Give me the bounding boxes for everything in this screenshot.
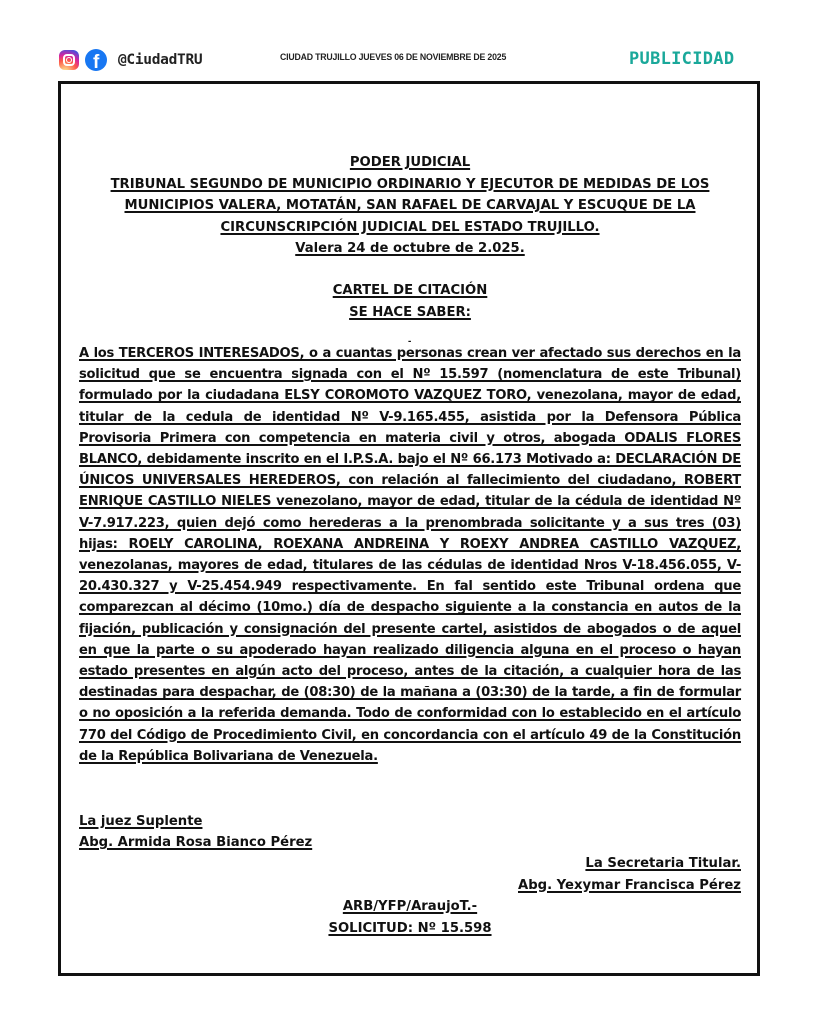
dateline: CIUDAD TRUJILLO JUEVES 06 DE NOVIEMBRE D…: [280, 52, 506, 63]
social-links: f @CiudadTRU: [59, 49, 202, 71]
body-text: A los TERCEROS INTERESADOS, o a cuantas …: [79, 346, 741, 764]
judge-name: Abg. Armida Rosa Bianco Pérez: [79, 835, 312, 850]
secretary-title: La Secretaria Titular.: [585, 856, 741, 871]
facebook-icon[interactable]: f: [85, 49, 107, 71]
notice-subtitle: SE HACE SABER:: [349, 305, 471, 320]
judge-title: La juez Suplente: [79, 814, 202, 829]
reference-block: ARB/YFP/AraujoT.- SOLICITUD: Nº 15.598: [79, 896, 741, 939]
secretary-signature: La Secretaria Titular. Abg. Yexymar Fran…: [79, 853, 741, 896]
heading-line: TRIBUNAL SEGUNDO DE MUNICIPIO ORDINARIO …: [111, 177, 710, 192]
heading-line: MUNICIPIOS VALERA, MOTATÁN, SAN RAFAEL D…: [125, 198, 696, 213]
secretary-name: Abg. Yexymar Francisca Pérez: [518, 878, 741, 893]
heading-line: CIRCUNSCRIPCIÓN JUDICIAL DEL ESTADO TRUJ…: [220, 220, 599, 235]
heading-line: PODER JUDICIAL: [350, 155, 470, 170]
social-handle: @CiudadTRU: [118, 52, 202, 68]
instagram-icon[interactable]: [59, 50, 79, 70]
notice-date: Valera 24 de octubre de 2.025.: [295, 241, 525, 256]
section-label: PUBLICIDAD: [629, 49, 734, 69]
notice-title-block: CARTEL DE CITACIÓN SE HACE SABER:: [79, 280, 741, 323]
judge-signature: La juez Suplente Abg. Armida Rosa Bianco…: [79, 811, 741, 853]
publication-header: f @CiudadTRU CIUDAD TRUJILLO JUEVES 06 D…: [0, 0, 819, 80]
notice-heading: PODER JUDICIAL TRIBUNAL SEGUNDO DE MUNIC…: [79, 152, 741, 260]
notice-body: A los TERCEROS INTERESADOS, o a cuantas …: [79, 343, 741, 767]
notice-title: CARTEL DE CITACIÓN: [333, 283, 488, 298]
request-number: SOLICITUD: Nº 15.598: [328, 921, 491, 936]
initials: ARB/YFP/AraujoT.-: [343, 899, 477, 914]
